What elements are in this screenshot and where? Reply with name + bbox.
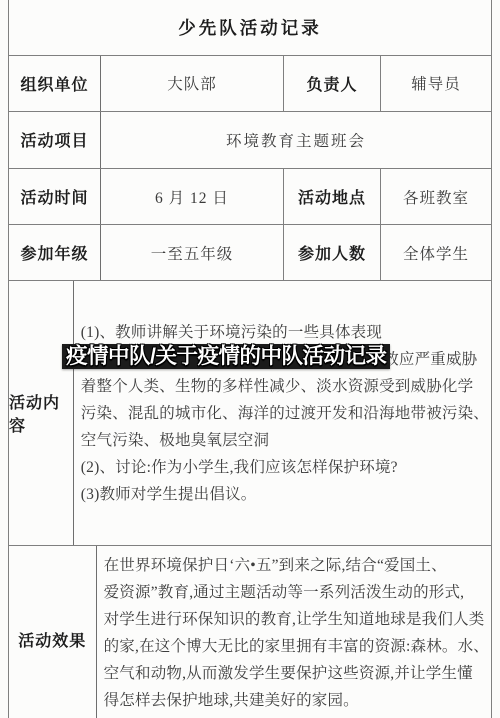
- participant-count-label: 参加人数: [284, 225, 381, 280]
- page-title: 少先队活动记录: [178, 15, 322, 40]
- effect-line: 的家,在这个博大无比的家里拥有丰富的资源:森林。水、: [104, 633, 489, 660]
- participant-count-value: 全体学生: [381, 225, 491, 280]
- activity-location-label: 活动地点: [284, 169, 381, 225]
- organizing-unit-value: 大队部: [101, 56, 284, 112]
- effect-line: 爱资源”教育,通过主题活动等一系列活泼生动的形式,: [104, 579, 465, 606]
- row-organizing-unit: 组织单位 大队部 负责人 辅导员: [9, 56, 491, 113]
- person-in-charge-value: 辅导员: [381, 56, 491, 112]
- organizing-unit-label: 组织单位: [9, 56, 101, 112]
- row-activity-content: 活动内容 (1)、教师讲解关于环境污染的一些具体表现 土壤遭到破坏、气候变化和能…: [9, 281, 491, 546]
- title-row: 少先队活动记录: [9, 0, 491, 56]
- activity-time-value: 6 月 12 日: [101, 169, 284, 225]
- content-line: 着整个人类、生物的多样性减少、淡水资源受到威胁化学: [81, 373, 474, 400]
- participating-grades-label: 参加年级: [9, 225, 101, 280]
- activity-project-label: 活动项目: [9, 112, 101, 168]
- activity-location-value: 各班教室: [381, 169, 491, 225]
- activity-content-label: 活动内容: [9, 281, 74, 545]
- activity-time-label: 活动时间: [9, 169, 101, 225]
- content-line: (2)、讨论:作为小学生,我们应该怎样保护环境?: [81, 454, 398, 481]
- activity-effect-label: 活动效果: [9, 546, 97, 718]
- content-line: 空气污染、极地臭氧层空洞: [81, 427, 269, 454]
- row-participating-grades: 参加年级 一至五年级 参加人数 全体学生: [9, 225, 491, 281]
- content-line: 污染、混乱的城市化、海洋的过渡开发和沿海地带被污染、: [81, 400, 489, 427]
- activity-project-value: 环境教育主题班会: [101, 112, 491, 168]
- row-activity-time: 活动时间 6 月 12 日 活动地点 各班教室: [9, 169, 491, 226]
- activity-content-text: (1)、教师讲解关于环境污染的一些具体表现 土壤遭到破坏、气候变化和能源浪费、 …: [74, 281, 491, 545]
- effect-line: 对学生进行环保知识的教育,让学生知道地球是我们人类: [104, 606, 485, 633]
- effect-line: 在世界环境保护日‘六•五”到来之际,结合“爱国土、: [104, 552, 447, 579]
- effect-line: 空气和动物,从而激发学生要保护这些资源,并让学生懂: [104, 660, 473, 687]
- watermark-title-banner: 疫情中队/关于疫情的中队活动记录: [62, 344, 390, 369]
- participating-grades-value: 一至五年级: [101, 225, 284, 280]
- row-activity-project: 活动项目 环境教育主题班会: [9, 112, 491, 169]
- row-activity-effect: 活动效果 在世界环境保护日‘六•五”到来之际,结合“爱国土、 爱资源”教育,通过…: [9, 546, 491, 718]
- activity-effect-text: 在世界环境保护日‘六•五”到来之际,结合“爱国土、 爱资源”教育,通过主题活动等…: [97, 546, 491, 718]
- content-line: (3)教师对学生提出倡议。: [81, 481, 257, 508]
- person-in-charge-label: 负责人: [284, 56, 381, 112]
- effect-line: 得怎样去保护地球,共建美好的家园。: [104, 687, 359, 714]
- content-line: (1)、教师讲解关于环境污染的一些具体表现: [81, 319, 382, 346]
